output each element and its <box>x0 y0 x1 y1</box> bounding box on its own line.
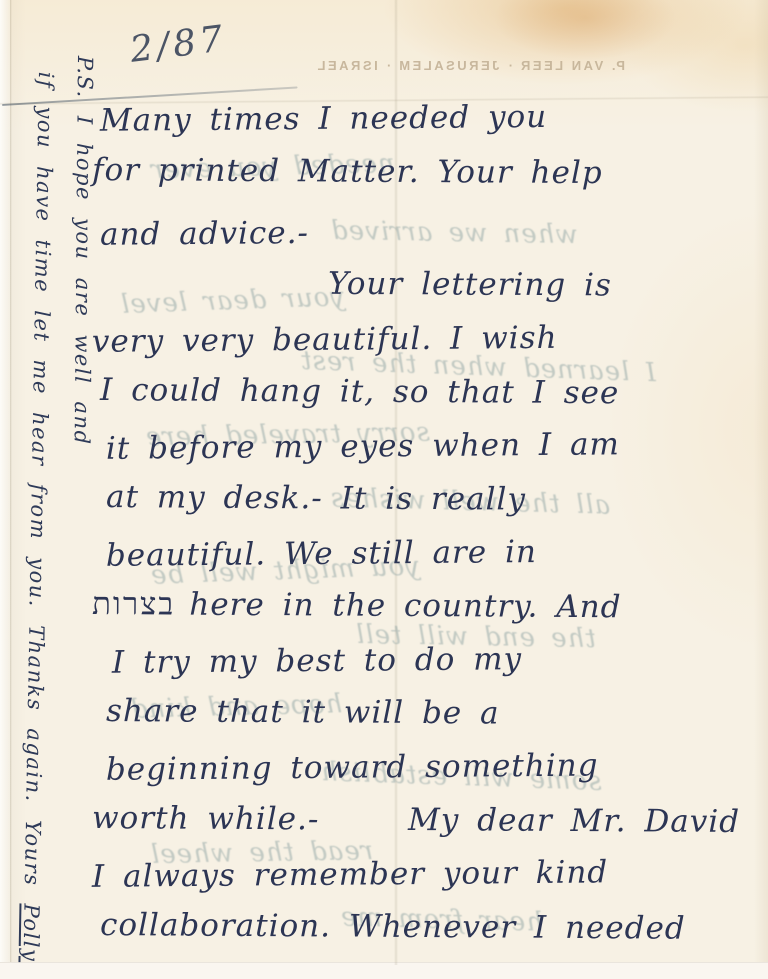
scan-bottom-edge <box>0 962 768 979</box>
body-line: very very beautiful. I wish <box>92 318 744 377</box>
margin-note-text: if you have time let me hear from you. T… <box>19 72 58 904</box>
body-line: I try my best to do my <box>112 639 744 698</box>
body-line: for printed Matter. Your help <box>92 152 744 209</box>
body-line: beginning toward something <box>106 746 744 805</box>
body-line: I could hang it, so that I see <box>100 372 744 429</box>
body-line: collaboration. Whenever I needed <box>100 907 744 964</box>
body-line: Many times I needed you <box>100 97 744 156</box>
body-line: and advice.- <box>100 204 744 260</box>
body-line: Your lettering is <box>328 266 744 322</box>
body-line: בצרותhere in the country. And <box>92 586 744 643</box>
body-line: at my desk.- It is really <box>106 479 744 536</box>
archive-number-jotting: 2/87 <box>128 18 229 70</box>
margin-note-line-2: if you have time let me hear from you. T… <box>18 72 58 963</box>
paper-left-shadow <box>10 0 12 979</box>
body-line: worth while.-My dear Mr. David <box>92 800 740 857</box>
body-line-text: My dear Mr. David <box>408 802 740 858</box>
paper-right-shadow <box>754 0 768 979</box>
scan-left-edge <box>0 0 10 979</box>
body-line-text: here in the country. And <box>189 587 621 626</box>
margin-signature: Polly <box>18 903 43 962</box>
body-line: it before my eyes when I am <box>106 425 744 484</box>
letter-body: Many times I needed you for printed Matt… <box>92 100 744 963</box>
body-line: beautiful. We still are in <box>106 532 744 591</box>
hebrew-word: בצרות <box>92 586 175 623</box>
body-line-text: worth while.- <box>92 800 320 855</box>
letterhead-van-leer: P. VAN LEER · JERUSALEM · ISRAEL <box>298 58 642 73</box>
letter-scan-page: needed you ever when we arrived your dea… <box>0 0 768 979</box>
body-line: share that it will be a <box>106 693 744 750</box>
body-line: I always remember your kind <box>92 853 744 912</box>
